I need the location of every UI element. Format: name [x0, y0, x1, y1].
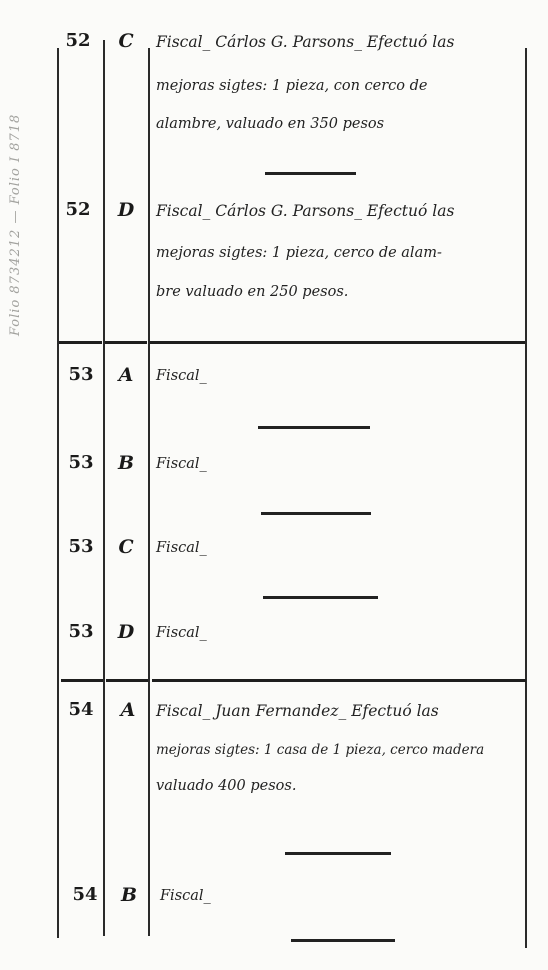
entry-text-line: Fiscal_	[156, 368, 526, 384]
column-border-letter-description	[148, 48, 150, 936]
entry-text-line: Fiscal_	[156, 625, 526, 641]
entry-text-line: Fiscal_ Juan Fernandez_ Efectuó las	[156, 702, 526, 720]
entry-letter: A	[108, 699, 148, 721]
entry-letter: C	[106, 536, 146, 558]
entry-number: 53	[58, 364, 104, 385]
entry-separator	[291, 939, 395, 942]
entry-text-line: alambre, valuado en 350 pesos	[156, 116, 526, 132]
entry-text-line: valuado 400 pesos.	[156, 778, 526, 794]
section-rule-52-53	[150, 341, 525, 344]
entry-text-line: mejoras sigtes: 1 pieza, cerco de alam-	[156, 245, 526, 261]
entry-letter: D	[106, 621, 146, 643]
entry-text-line: Fiscal_	[160, 888, 530, 904]
entry-text-line: Fiscal_ Cárlos G. Parsons_ Efectuó las	[156, 33, 526, 51]
entry-separator	[263, 596, 378, 599]
section-rule-52-53	[59, 341, 102, 344]
section-rule-53-54	[152, 679, 526, 682]
section-rule-53-54	[106, 679, 148, 682]
entry-number: 53	[58, 452, 104, 473]
entry-text-line: bre valuado en 250 pesos.	[156, 284, 526, 300]
margin-folio-note: Folio 8734212 — Folio I 8718	[8, 6, 23, 336]
column-border-number-letter	[103, 40, 105, 936]
entry-letter: B	[106, 452, 146, 474]
entry-letter: C	[106, 30, 146, 52]
section-rule-53-54	[61, 679, 103, 682]
entry-number: 53	[58, 536, 104, 557]
entry-number: 54	[62, 884, 108, 905]
entry-number: 54	[58, 699, 104, 720]
entry-text-line: Fiscal_	[156, 540, 526, 556]
entry-separator	[258, 426, 370, 429]
column-border-right	[525, 48, 527, 948]
entry-separator	[285, 852, 391, 855]
entry-letter: D	[106, 199, 146, 221]
ledger-page: Folio 8734212 — Folio I 8718 52 C Fiscal…	[0, 0, 548, 970]
entry-letter: B	[109, 884, 149, 906]
section-rule-52-53	[105, 341, 147, 344]
entry-number: 52	[55, 199, 101, 220]
entry-text-line: mejoras sigtes: 1 casa de 1 pieza, cerco…	[156, 742, 526, 758]
entry-number: 53	[58, 621, 104, 642]
entry-text-line: Fiscal_	[156, 456, 526, 472]
entry-separator	[265, 172, 356, 175]
entry-separator	[261, 512, 371, 515]
entry-text-line: Fiscal_ Cárlos G. Parsons_ Efectuó las	[156, 202, 526, 220]
entry-text-line: mejoras sigtes: 1 pieza, con cerco de	[156, 78, 526, 94]
entry-letter: A	[106, 364, 146, 386]
column-border-left	[57, 48, 59, 938]
entry-number: 52	[55, 30, 101, 51]
